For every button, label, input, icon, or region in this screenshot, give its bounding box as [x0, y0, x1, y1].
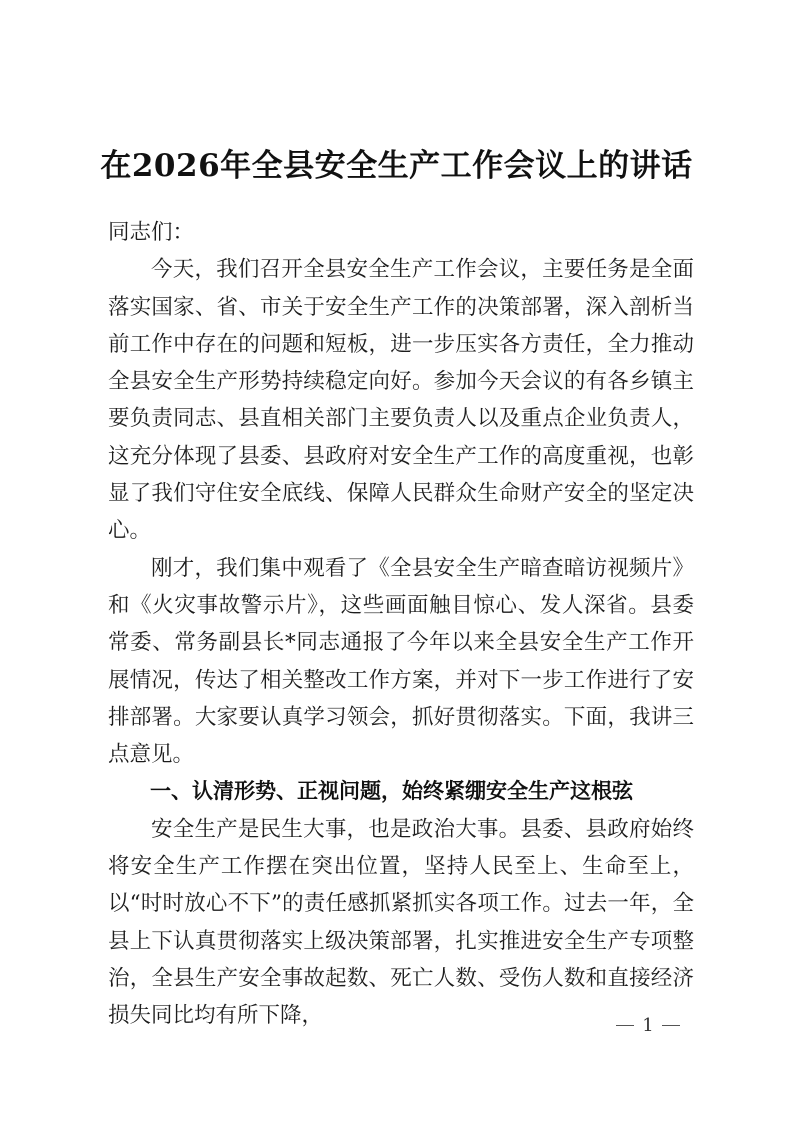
- page-number-footer: 1: [608, 1015, 688, 1036]
- body-paragraph-review: 刚才，我们集中观看了《全县安全生产暗查暗访视频片》和《火灾事故警示片》，这些画面…: [108, 550, 694, 774]
- document-title: 在2026年全县安全生产工作会议上的讲话: [0, 146, 793, 186]
- section-paragraph: 安全生产是民生大事，也是政治大事。县委、县政府始终将安全生产工作摆在突出位置，坚…: [108, 811, 694, 1035]
- document-page: 在2026年全县安全生产工作会议上的讲话 同志们： 今天，我们召开全县安全生产工…: [0, 0, 793, 1122]
- page-number: 1: [642, 1015, 653, 1036]
- dash-left-icon: [616, 1025, 634, 1026]
- salutation: 同志们：: [108, 214, 694, 251]
- body-paragraph-opening: 今天，我们召开全县安全生产工作会议，主要任务是全面落实国家、省、市关于安全生产工…: [108, 251, 694, 549]
- dash-right-icon: [662, 1025, 680, 1026]
- section-heading: 一、认清形势、正视问题，始终紧绷安全生产这根弦: [108, 773, 694, 810]
- document-body: 同志们： 今天，我们召开全县安全生产工作会议，主要任务是全面落实国家、省、市关于…: [108, 214, 694, 1035]
